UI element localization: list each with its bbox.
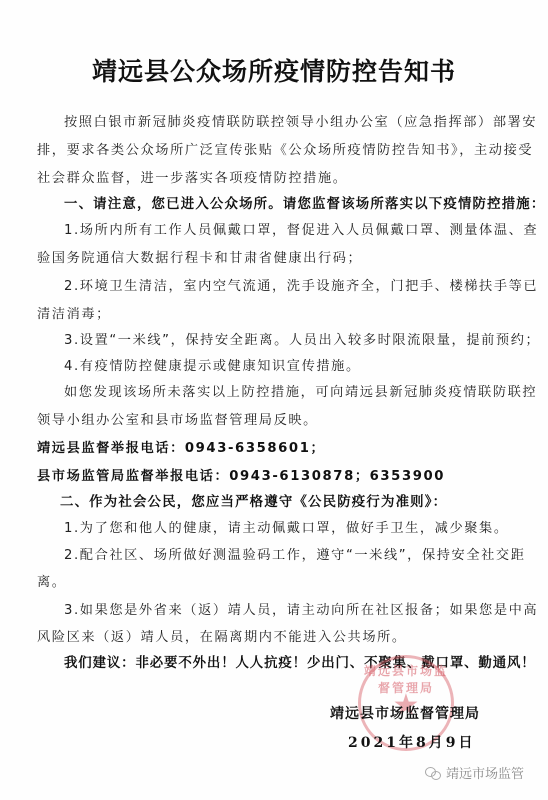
report-line-1: 如您发现该场所未落实以上防控措施，可向靖远县新冠肺炎疫情联防联控 — [64, 384, 519, 402]
watermark-label: 靖远市场监管 — [446, 763, 524, 782]
section-2-item-1: 1.为了您和他人的健康，请主动佩戴口罩，做好手卫生，减少聚集。 — [64, 520, 519, 538]
section-2-item-3-line-1: 3.如果您是外省来（返）靖人员，请主动向所在社区报备；如果您是中高 — [64, 602, 519, 620]
issue-date: 2021年8月9日 — [348, 732, 475, 752]
section-2-item-2-line-2: 离。 — [37, 574, 517, 592]
county-hotline: 靖远县监督举报电话：0943-6358601； — [37, 440, 517, 458]
section-2-item-3-line-2: 风险区来（返）靖人员，在隔离期内不能进入公共场所。 — [37, 629, 517, 647]
report-line-2: 领导小组办公室和县市场监督管理局反映。 — [37, 412, 517, 430]
section-2-heading: 二、作为社会公民，您应当严格遵守《公民防疫行为准则》： — [60, 494, 515, 512]
section-1-heading: 一、请注意，您已进入公众场所。请您监督该场所落实以下疫情防控措施： — [64, 196, 519, 214]
section-1-item-4: 4.有疫情防控健康提示或健康知识宣传措施。 — [64, 358, 519, 376]
section-1-item-3: 3.设置“一米线”，保持安全距离。人员出入较多时限流限量，提前预约； — [64, 332, 519, 350]
document-title: 靖远县公众场所疫情防控告知书 — [0, 52, 548, 88]
wechat-watermark: 靖远市场监管 — [425, 763, 524, 782]
section-1-item-2-line-2: 清洁消毒； — [37, 306, 517, 324]
bureau-hotline: 县市场监管局监督举报电话：0943-6130878；6353900 — [37, 468, 517, 486]
section-1-item-1-line-1: 1.场所内所有工作人员佩戴口罩，督促进入人员佩戴口罩、测量体温、查 — [64, 222, 519, 240]
notice-document: 靖远县公众场所疫情防控告知书 按照白银市新冠肺炎疫情联防联控领导小组办公室（应急… — [0, 0, 548, 800]
section-2-item-2-line-1: 2.配合社区、场所做好测温验码工作，遵守“一米线”，保持安全社交距 — [64, 547, 519, 565]
section-1-item-2-line-1: 2.环境卫生清洁，室内空气流通，洗手设施齐全，门把手、楼梯扶手等已 — [64, 278, 519, 296]
intro-line-3: 社会群众监督，进一步落实各项疫情防控措施。 — [37, 170, 517, 188]
issuing-organization: 靖远县市场监督管理局 — [330, 703, 480, 723]
section-1-item-1-line-2: 验国务院通信大数据行程卡和甘肃省健康出行码； — [37, 250, 517, 268]
intro-line-1: 按照白银市新冠肺炎疫情联防联控领导小组办公室（应急指挥部）部署安 — [64, 114, 519, 132]
wechat-icon — [425, 767, 441, 779]
intro-line-2: 排，要求各类公众场所广泛宣传张贴《公众场所疫情防控告知书》，主动接受 — [37, 142, 517, 160]
